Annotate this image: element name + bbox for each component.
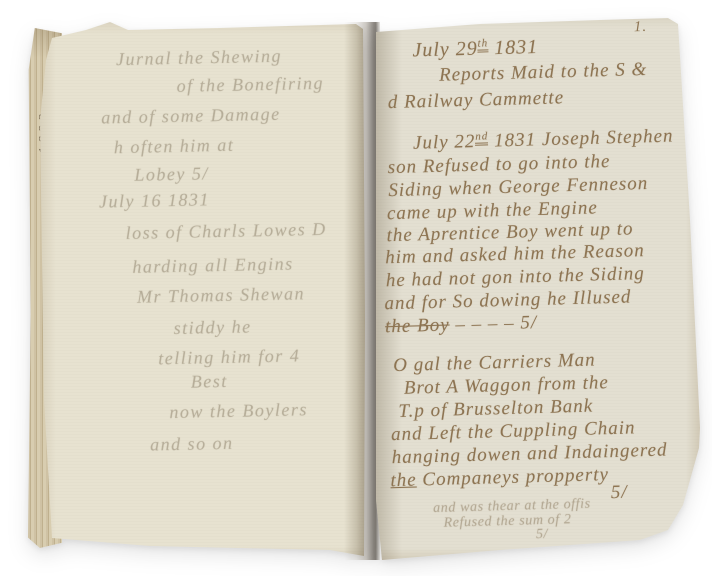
- entry-date-line: July 22nd 1831 Joseph Stephen: [413, 125, 674, 155]
- struck-text: the Boy: [385, 315, 450, 338]
- date-ordinal: th: [477, 38, 488, 53]
- date-year: 1831: [488, 36, 539, 59]
- faded-line: of the Bonefiring: [176, 73, 324, 97]
- faded-line: Lobey 5/: [134, 163, 209, 186]
- manuscript-line-struck: the Boy – – – – 5/: [385, 312, 538, 338]
- faded-line: telling him for 4: [158, 345, 300, 369]
- manuscript-line: d Railway Cammette: [388, 87, 565, 114]
- fine-note: – – – – 5/: [449, 312, 537, 335]
- left-page: Jurnal the Shewing of the Bonefiring and…: [36, 20, 366, 562]
- ghost-line: 5/: [536, 527, 549, 543]
- manuscript-line-underlined: the Companeys propperty: [390, 464, 609, 492]
- date-text: July 29: [412, 38, 478, 62]
- left-page-faded-text: Jurnal the Shewing of the Bonefiring and…: [35, 14, 376, 563]
- underlined-text: the: [390, 469, 417, 491]
- fine-amount: 5/: [611, 482, 628, 504]
- faded-line: stiddy he: [173, 316, 251, 339]
- faded-line: now the Boylers: [169, 399, 308, 423]
- right-page-text: 1. July 29th 1831 Reports Maid to the S …: [371, 7, 712, 564]
- faded-line: and of some Damage: [101, 104, 281, 129]
- date-text: July 22: [413, 131, 476, 154]
- entry-date-heading: July 29th 1831: [412, 36, 538, 63]
- faded-line: Jurnal the Shewing: [116, 46, 282, 70]
- faded-line: h often him at: [114, 135, 235, 159]
- manuscript-photo: 1832 Jurnal the Shewing of the Bonefirin…: [0, 0, 712, 576]
- manuscript-line: Reports Maid to the S &: [439, 59, 648, 87]
- date-ordinal: nd: [475, 130, 488, 145]
- page-number: 1.: [634, 19, 648, 36]
- date-rest: 1831 Joseph Stephen: [488, 126, 674, 152]
- faded-line: Mr Thomas Shewan: [137, 283, 305, 308]
- ghost-line: Refused the sum of 2: [443, 512, 571, 532]
- open-journal: 1832 Jurnal the Shewing of the Bonefirin…: [0, 0, 712, 576]
- faded-line: Best: [191, 371, 228, 393]
- faded-line: July 16 1831: [99, 189, 210, 212]
- book-gutter: [344, 22, 380, 560]
- right-page: 1. July 29th 1831 Reports Maid to the S …: [372, 16, 704, 564]
- faded-line: and so on: [150, 433, 234, 456]
- line-rest: Companeys propperty: [416, 464, 609, 490]
- faded-line: harding all Engins: [132, 253, 294, 277]
- faded-line: loss of Charls Lowes D: [125, 219, 326, 244]
